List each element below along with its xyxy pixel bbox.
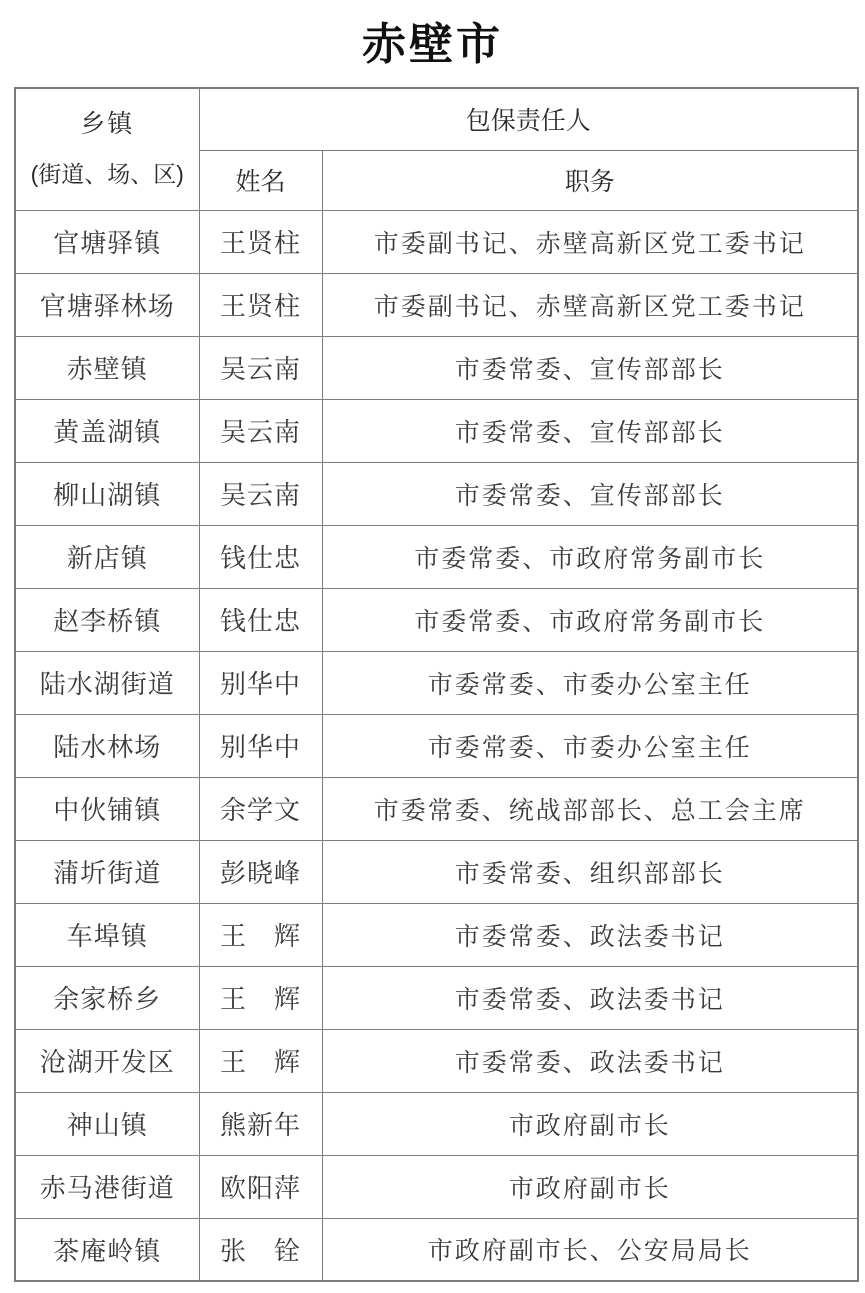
town-cell: 赤壁镇	[15, 336, 199, 399]
name-cell: 张 铨	[199, 1218, 322, 1281]
name-cell: 熊新年	[199, 1092, 322, 1155]
table-row: 余家桥乡 王 辉 市委常委、政法委书记	[15, 966, 858, 1029]
document-page: 赤壁市 乡镇 (街道、场、区) 包保责任人 姓名 职务 官塘驿镇 王贤柱 市委副…	[0, 0, 865, 1293]
name-cell: 王 辉	[199, 1029, 322, 1092]
responsibility-table: 乡镇 (街道、场、区) 包保责任人 姓名 职务 官塘驿镇 王贤柱 市委副书记、赤…	[14, 87, 859, 1282]
name-cell: 吴云南	[199, 462, 322, 525]
page-title: 赤壁市	[0, 8, 865, 72]
table-row: 新店镇 钱仕忠 市委常委、市政府常务副市长	[15, 525, 858, 588]
name-cell: 彭晓峰	[199, 840, 322, 903]
position-cell: 市委常委、政法委书记	[322, 903, 858, 966]
name-cell: 吴云南	[199, 336, 322, 399]
table-row: 柳山湖镇 吴云南 市委常委、宣传部部长	[15, 462, 858, 525]
header-town: 乡镇 (街道、场、区)	[15, 88, 199, 210]
name-cell: 王 辉	[199, 966, 322, 1029]
position-cell: 市委常委、宣传部部长	[322, 399, 858, 462]
town-cell: 柳山湖镇	[15, 462, 199, 525]
position-cell: 市委副书记、赤壁高新区党工委书记	[322, 273, 858, 336]
header-name: 姓名	[199, 150, 322, 210]
table-row: 蒲圻街道 彭晓峰 市委常委、组织部部长	[15, 840, 858, 903]
name-cell: 钱仕忠	[199, 588, 322, 651]
town-cell: 官塘驿镇	[15, 210, 199, 273]
position-cell: 市政府副市长	[322, 1155, 858, 1218]
position-cell: 市委常委、市委办公室主任	[322, 651, 858, 714]
position-cell: 市政府副市长	[322, 1092, 858, 1155]
name-cell: 王贤柱	[199, 273, 322, 336]
town-cell: 赵李桥镇	[15, 588, 199, 651]
name-cell: 王贤柱	[199, 210, 322, 273]
town-cell: 车埠镇	[15, 903, 199, 966]
name-cell: 别华中	[199, 714, 322, 777]
position-cell: 市委常委、政法委书记	[322, 966, 858, 1029]
table-row: 沧湖开发区 王 辉 市委常委、政法委书记	[15, 1029, 858, 1092]
name-cell: 欧阳萍	[199, 1155, 322, 1218]
position-cell: 市委常委、宣传部部长	[322, 462, 858, 525]
table-row: 官塘驿林场 王贤柱 市委副书记、赤壁高新区党工委书记	[15, 273, 858, 336]
town-cell: 茶庵岭镇	[15, 1218, 199, 1281]
position-cell: 市委常委、宣传部部长	[322, 336, 858, 399]
table-row: 赤马港街道 欧阳萍 市政府副市长	[15, 1155, 858, 1218]
table-row: 黄盖湖镇 吴云南 市委常委、宣传部部长	[15, 399, 858, 462]
name-cell: 钱仕忠	[199, 525, 322, 588]
position-cell: 市委常委、政法委书记	[322, 1029, 858, 1092]
name-cell: 吴云南	[199, 399, 322, 462]
position-cell: 市委常委、统战部部长、总工会主席	[322, 777, 858, 840]
name-cell: 王 辉	[199, 903, 322, 966]
town-cell: 陆水湖街道	[15, 651, 199, 714]
position-cell: 市委常委、市政府常务副市长	[322, 525, 858, 588]
position-cell: 市政府副市长、公安局局长	[322, 1218, 858, 1281]
header-town-line1: 乡镇	[16, 111, 199, 139]
name-cell: 余学文	[199, 777, 322, 840]
town-cell: 中伙铺镇	[15, 777, 199, 840]
town-cell: 黄盖湖镇	[15, 399, 199, 462]
town-cell: 蒲圻街道	[15, 840, 199, 903]
header-position: 职务	[322, 150, 858, 210]
table-row: 神山镇 熊新年 市政府副市长	[15, 1092, 858, 1155]
table-row: 官塘驿镇 王贤柱 市委副书记、赤壁高新区党工委书记	[15, 210, 858, 273]
position-cell: 市委副书记、赤壁高新区党工委书记	[322, 210, 858, 273]
position-cell: 市委常委、组织部部长	[322, 840, 858, 903]
header-town-line2: (街道、场、区)	[16, 162, 199, 187]
table-row: 赵李桥镇 钱仕忠 市委常委、市政府常务副市长	[15, 588, 858, 651]
table-row: 陆水林场 别华中 市委常委、市委办公室主任	[15, 714, 858, 777]
table-row: 赤壁镇 吴云南 市委常委、宣传部部长	[15, 336, 858, 399]
table-row: 茶庵岭镇 张 铨 市政府副市长、公安局局长	[15, 1218, 858, 1281]
table-row: 车埠镇 王 辉 市委常委、政法委书记	[15, 903, 858, 966]
table-row: 中伙铺镇 余学文 市委常委、统战部部长、总工会主席	[15, 777, 858, 840]
town-cell: 沧湖开发区	[15, 1029, 199, 1092]
position-cell: 市委常委、市委办公室主任	[322, 714, 858, 777]
town-cell: 赤马港街道	[15, 1155, 199, 1218]
town-cell: 新店镇	[15, 525, 199, 588]
header-responsible-group: 包保责任人	[199, 88, 858, 150]
town-cell: 官塘驿林场	[15, 273, 199, 336]
name-cell: 别华中	[199, 651, 322, 714]
town-cell: 陆水林场	[15, 714, 199, 777]
position-cell: 市委常委、市政府常务副市长	[322, 588, 858, 651]
town-cell: 余家桥乡	[15, 966, 199, 1029]
header-row-1: 乡镇 (街道、场、区) 包保责任人	[15, 88, 858, 150]
table-row: 陆水湖街道 别华中 市委常委、市委办公室主任	[15, 651, 858, 714]
town-cell: 神山镇	[15, 1092, 199, 1155]
